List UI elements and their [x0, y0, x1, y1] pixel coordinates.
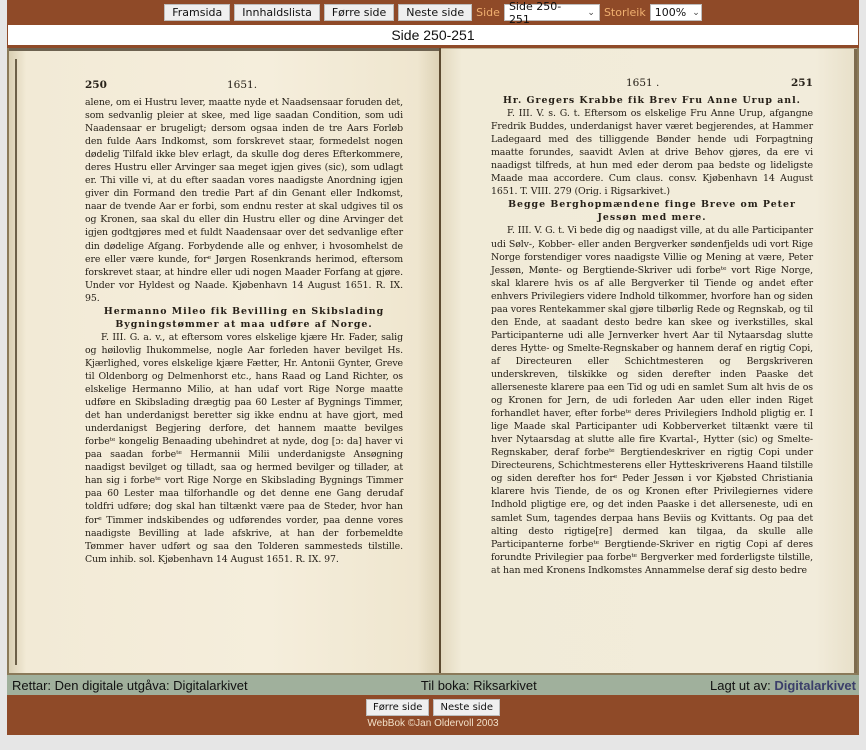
rights-value: Den digitale utgåva: Digitalarkivet	[55, 678, 248, 693]
page-edge	[15, 59, 17, 665]
copyright-text: WebBok ©Jan Oldervoll 2003	[367, 718, 498, 729]
size-select[interactable]: 100% ⌄	[650, 4, 702, 21]
book-source-value: Riksarkivet	[473, 678, 537, 693]
paragraph: F. III. V. G. t. Vi bede dig og naadigst…	[491, 224, 813, 576]
table-of-contents-button[interactable]: Innhaldslista	[234, 4, 320, 21]
right-running-head: 1651 .	[626, 77, 659, 89]
left-page: 250 1651. alene, om ei Hustru lever, maa…	[9, 48, 439, 673]
left-page-number: 250	[85, 79, 107, 91]
top-toolbar: Framsida Innhaldslista Førre side Neste …	[7, 0, 859, 25]
paragraph: F. III. G. a. v., at eftersom vores elsk…	[85, 331, 403, 566]
chevron-down-icon: ⌄	[692, 8, 700, 18]
rights-label: Rettar:	[12, 678, 51, 693]
webbok-viewer: Framsida Innhaldslista Førre side Neste …	[7, 0, 859, 735]
publisher-label: Lagt ut av:	[710, 678, 771, 693]
publisher-info: Lagt ut av: Digitalarkivet	[710, 678, 856, 693]
chevron-down-icon: ⌄	[587, 8, 595, 18]
book-source-info: Til boka: Riksarkivet	[421, 678, 537, 693]
size-select-value: 100%	[655, 6, 686, 19]
page-title: Side 250-251	[7, 25, 859, 45]
entry-heading: Hr. Gregers Krabbe fik Brev Fru Anne Uru…	[491, 94, 813, 107]
book-source-label: Til boka:	[421, 678, 470, 693]
next-page-button[interactable]: Neste side	[398, 4, 472, 21]
paragraph: F. III. V. s. G. t. Eftersom os elskelig…	[491, 107, 813, 198]
publisher-link[interactable]: Digitalarkivet	[774, 678, 856, 693]
front-page-button[interactable]: Framsida	[164, 4, 230, 21]
page-edge	[854, 49, 857, 673]
page-select-value: Side 250-251	[509, 0, 581, 26]
rights-info: Rettar: Den digitale utgåva: Digitalarki…	[12, 678, 248, 693]
right-page-text: Hr. Gregers Krabbe fik Brev Fru Anne Uru…	[491, 94, 813, 577]
left-running-head: 1651.	[227, 79, 257, 91]
book-scan-image: 250 1651. alene, om ei Hustru lever, maa…	[7, 48, 859, 673]
entry-heading: Begge Berghopmændene finge Breve om Pete…	[491, 198, 813, 224]
left-page-text: alene, om ei Hustru lever, maatte nyde e…	[85, 96, 403, 566]
page-select[interactable]: Side 250-251 ⌄	[504, 4, 600, 21]
right-page: 1651 . 251 Hr. Gregers Krabbe fik Brev F…	[441, 48, 857, 673]
size-select-label: Storleik	[604, 6, 646, 19]
page-select-label: Side	[476, 6, 500, 19]
bottom-previous-page-button[interactable]: Førre side	[366, 699, 430, 716]
previous-page-button[interactable]: Førre side	[324, 4, 394, 21]
bottom-nav: Førre side Neste side WebBok ©Jan Olderv…	[7, 695, 859, 735]
right-page-number: 251	[791, 77, 813, 89]
paragraph: alene, om ei Hustru lever, maatte nyde e…	[85, 96, 403, 305]
entry-heading: Hermanno Mileo fik Bevilling en Skibslad…	[85, 305, 403, 331]
info-bar: Rettar: Den digitale utgåva: Digitalarki…	[7, 673, 859, 695]
bottom-next-page-button[interactable]: Neste side	[433, 699, 500, 716]
